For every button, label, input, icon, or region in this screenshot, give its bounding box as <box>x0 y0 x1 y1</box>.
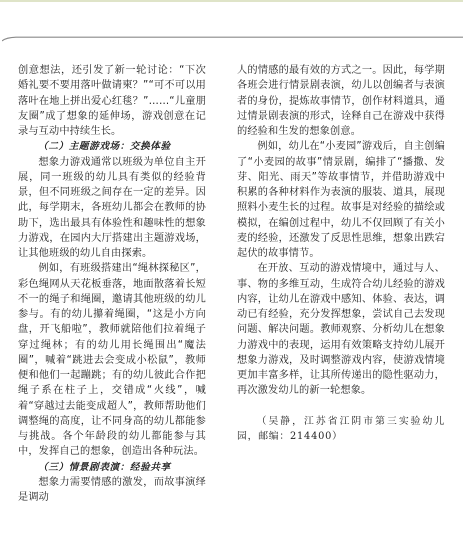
paragraph-right-3: 在开放、互动的游戏情境中，通过与人、事、物的多维互动，生成符合幼儿经验的游戏内容… <box>237 261 445 398</box>
page-top-border <box>0 0 463 2</box>
spacer <box>237 399 445 414</box>
paragraph-right-1: 人的情感的最有效的方式之一。因此，每学期各班会进行情景剧表演，幼儿以创编者与表演… <box>237 63 445 139</box>
paragraph-left-3: 例如，有班级搭建出“绳林探秘区”，彩色绳网从天花板垂落，地面散落着长短不一的绳子… <box>18 261 206 459</box>
paragraph-left-4: 想象力需要情感的激发，而故事演绎是调动 <box>18 475 206 506</box>
section-heading-2: （二）主题游戏场：交换体验 <box>18 139 206 154</box>
section-heading-3: （三）情景剧表演：经验共享 <box>18 460 206 475</box>
left-column: 创意想法，还引发了新一轮讨论：“下次婚礼要不要用落叶做请柬？”“可不可以用落叶在… <box>18 63 206 505</box>
header-rule <box>2 36 463 42</box>
right-column: 人的情感的最有效的方式之一。因此，每学期各班会进行情景剧表演，幼儿以创编者与表演… <box>237 63 445 444</box>
author-affiliation: （吴静，江苏省江阴市第三实验幼儿园，邮编：214400） <box>237 414 445 445</box>
paragraph-right-2: 例如，幼儿在“小麦园”游戏后，自主创编了“小麦园的故事”情景剧，编排了“播撒、发… <box>237 139 445 261</box>
paragraph-left-1: 创意想法，还引发了新一轮讨论：“下次婚礼要不要用落叶做请柬？”“可不可以用落叶在… <box>18 63 206 139</box>
paragraph-left-2: 想象力游戏通常以班级为单位自主开展，同一班级的幼儿具有类似的经验背景，但不同班级… <box>18 155 206 262</box>
